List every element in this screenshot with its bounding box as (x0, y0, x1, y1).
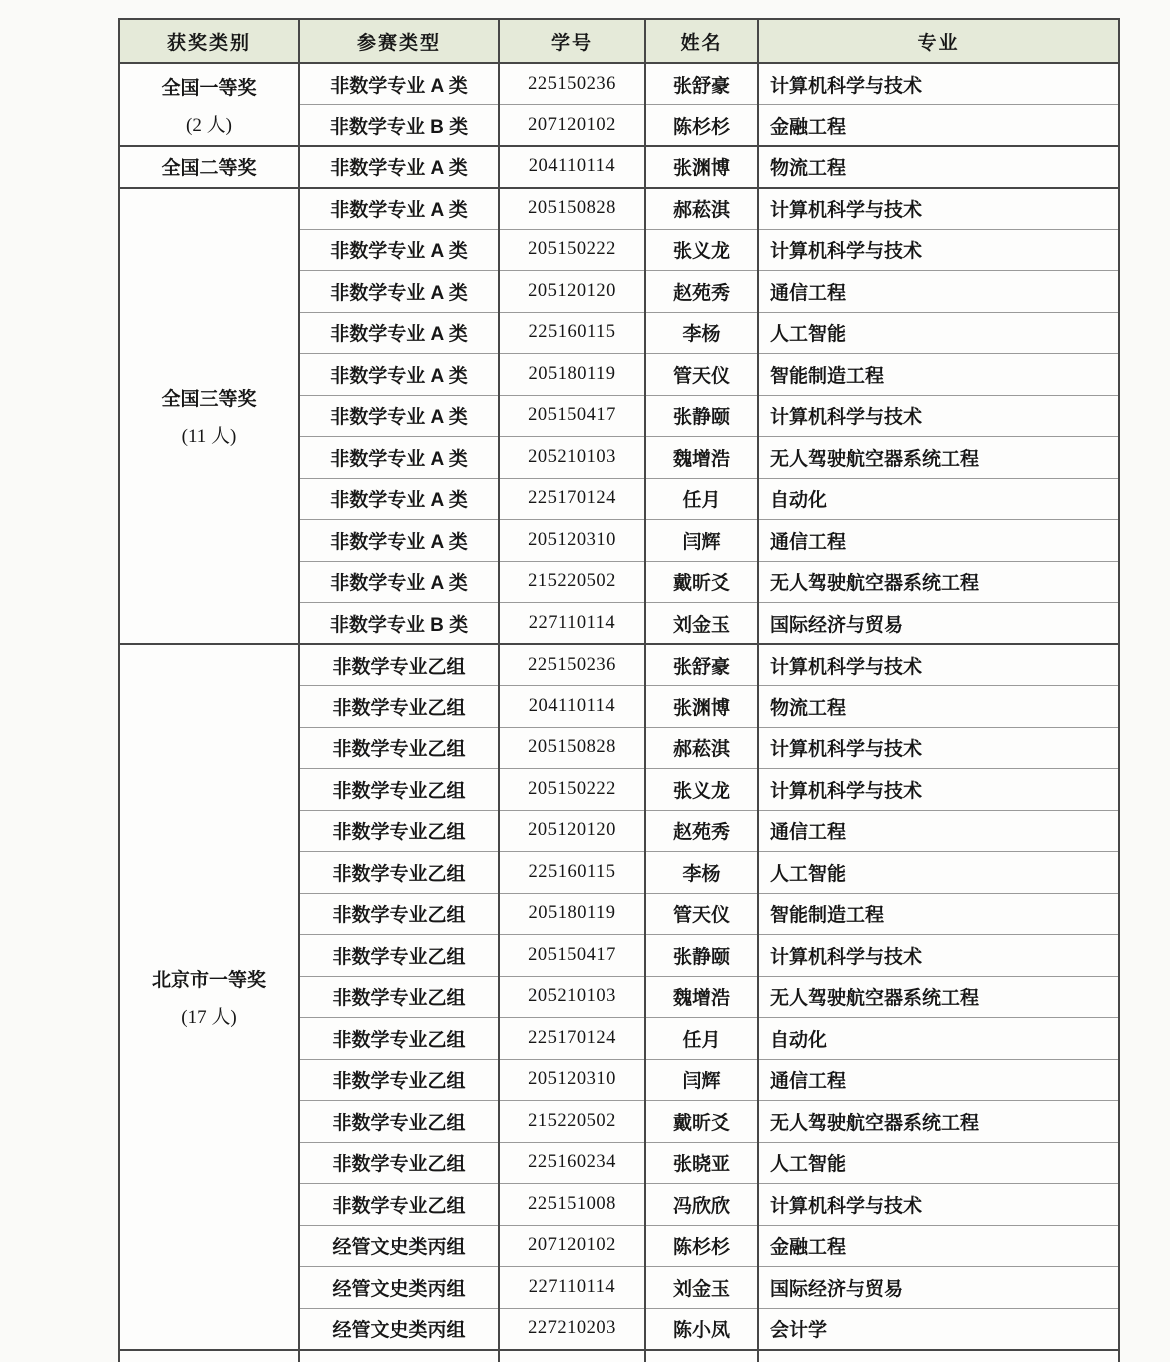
cell-student-id: 205120310 (499, 1059, 645, 1101)
cell-major: 人工智能 (758, 852, 1119, 894)
cell-student-id: 225160234 (499, 1142, 645, 1184)
cell-empty (758, 1350, 1119, 1362)
cell-student-id: 215220502 (499, 1101, 645, 1143)
cell-student-id: 225160115 (499, 312, 645, 354)
cell-name: 李杨 (645, 852, 758, 894)
cell-name: 戴昕爻 (645, 561, 758, 603)
cell-entry-type: 非数学专业乙组 (299, 1142, 499, 1184)
cell-major: 通信工程 (758, 1059, 1119, 1101)
cell-major: 金融工程 (758, 105, 1119, 147)
cell-name: 刘金玉 (645, 1267, 758, 1309)
cell-entry-type: 非数学专业乙组 (299, 1059, 499, 1101)
cell-name: 张舒豪 (645, 644, 758, 686)
cell-entry-type: 非数学专业乙组 (299, 769, 499, 811)
cell-name: 戴昕爻 (645, 1101, 758, 1143)
cell-empty (299, 1350, 499, 1362)
cell-student-id: 227110114 (499, 603, 645, 645)
cell-name: 管天仪 (645, 893, 758, 935)
cell-student-id: 205150222 (499, 769, 645, 811)
cell-student-id: 205120120 (499, 810, 645, 852)
cell-major: 无人驾驶航空器系统工程 (758, 561, 1119, 603)
cell-student-id: 205210103 (499, 437, 645, 479)
cell-student-id: 205150417 (499, 395, 645, 437)
cell-name: 郝菘淇 (645, 727, 758, 769)
cell-entry-type: 非数学专业 A 类 (299, 478, 499, 520)
cell-name: 闫辉 (645, 520, 758, 562)
cell-entry-type: 非数学专业乙组 (299, 810, 499, 852)
cell-name: 张义龙 (645, 229, 758, 271)
cell-major: 计算机科学与技术 (758, 644, 1119, 686)
award-category-count: (2 人) (120, 110, 298, 137)
cell-name: 魏增浩 (645, 437, 758, 479)
award-category-label: 北京市一等奖 (120, 965, 298, 992)
cell-major: 计算机科学与技术 (758, 395, 1119, 437)
cell-name: 冯欣欣 (645, 1184, 758, 1226)
cell-name: 张义龙 (645, 769, 758, 811)
cell-entry-type: 非数学专业乙组 (299, 1101, 499, 1143)
award-category-label: 全国三等奖 (120, 384, 298, 411)
cell-major: 计算机科学与技术 (758, 229, 1119, 271)
cell-major: 人工智能 (758, 1142, 1119, 1184)
cell-entry-type: 非数学专业 A 类 (299, 520, 499, 562)
cell-major: 无人驾驶航空器系统工程 (758, 976, 1119, 1018)
cell-student-id: 225170124 (499, 478, 645, 520)
award-category-cell: 全国一等奖(2 人) (119, 63, 299, 146)
cell-name: 赵苑秀 (645, 271, 758, 313)
awards-table: 获奖类别 参赛类型 学号 姓名 专业 全国一等奖(2 人)非数学专业 A 类22… (118, 18, 1120, 1362)
header-row: 获奖类别 参赛类型 学号 姓名 专业 (119, 19, 1119, 63)
cell-entry-type: 非数学专业 A 类 (299, 561, 499, 603)
cell-entry-type: 非数学专业 A 类 (299, 146, 499, 188)
cell-name: 张渊博 (645, 686, 758, 728)
cell-name: 李杨 (645, 312, 758, 354)
cell-major: 计算机科学与技术 (758, 188, 1119, 230)
cell-entry-type: 非数学专业乙组 (299, 976, 499, 1018)
cell-student-id: 207120102 (499, 1225, 645, 1267)
cell-name: 张静颐 (645, 395, 758, 437)
cell-name: 郝菘淇 (645, 188, 758, 230)
cell-student-id: 225150236 (499, 644, 645, 686)
cell-major: 物流工程 (758, 146, 1119, 188)
cell-entry-type: 非数学专业 A 类 (299, 229, 499, 271)
cell-name: 管天仪 (645, 354, 758, 396)
cell-student-id: 205150417 (499, 935, 645, 977)
cell-major: 智能制造工程 (758, 893, 1119, 935)
cell-entry-type: 非数学专业 A 类 (299, 437, 499, 479)
cell-entry-type: 非数学专业乙组 (299, 1018, 499, 1060)
cell-name: 陈杉杉 (645, 105, 758, 147)
cell-entry-type: 非数学专业 A 类 (299, 63, 499, 105)
cell-entry-type: 非数学专业乙组 (299, 935, 499, 977)
cell-student-id: 225160115 (499, 852, 645, 894)
cell-student-id: 205120310 (499, 520, 645, 562)
cell-student-id: 205210103 (499, 976, 645, 1018)
cell-student-id: 204110114 (499, 686, 645, 728)
cell-major: 无人驾驶航空器系统工程 (758, 437, 1119, 479)
cell-student-id: 205180119 (499, 354, 645, 396)
cell-student-id: 227110114 (499, 1267, 645, 1309)
cell-major: 自动化 (758, 478, 1119, 520)
cell-entry-type: 非数学专业 A 类 (299, 271, 499, 313)
cell-name: 闫辉 (645, 1059, 758, 1101)
award-category-count: (11 人) (120, 421, 298, 448)
cell-major: 国际经济与贸易 (758, 603, 1119, 645)
partial-next-row (119, 1350, 1119, 1362)
cell-empty (645, 1350, 758, 1362)
cell-entry-type: 非数学专业乙组 (299, 686, 499, 728)
cell-name: 张静颐 (645, 935, 758, 977)
cell-student-id: 205180119 (499, 893, 645, 935)
cell-entry-type: 非数学专业 B 类 (299, 603, 499, 645)
col-header-major: 专业 (758, 19, 1119, 63)
cell-name: 赵苑秀 (645, 810, 758, 852)
cell-name: 任月 (645, 1018, 758, 1060)
award-category-cell: 全国二等奖 (119, 146, 299, 188)
cell-student-id: 225151008 (499, 1184, 645, 1226)
cell-entry-type: 经管文史类丙组 (299, 1308, 499, 1350)
cell-entry-type: 非数学专业乙组 (299, 1184, 499, 1226)
cell-name: 任月 (645, 478, 758, 520)
cell-empty (499, 1350, 645, 1362)
cell-major: 通信工程 (758, 271, 1119, 313)
cell-student-id: 225150236 (499, 63, 645, 105)
cell-name: 陈杉杉 (645, 1225, 758, 1267)
cell-student-id: 205120120 (499, 271, 645, 313)
cell-major: 物流工程 (758, 686, 1119, 728)
cell-major: 国际经济与贸易 (758, 1267, 1119, 1309)
cell-entry-type: 非数学专业乙组 (299, 852, 499, 894)
col-header-student-id: 学号 (499, 19, 645, 63)
cell-student-id: 204110114 (499, 146, 645, 188)
cell-student-id: 205150222 (499, 229, 645, 271)
table-row: 全国三等奖(11 人)非数学专业 A 类205150828郝菘淇计算机科学与技术 (119, 188, 1119, 230)
col-header-award-category: 获奖类别 (119, 19, 299, 63)
cell-student-id: 205150828 (499, 727, 645, 769)
cell-student-id: 215220502 (499, 561, 645, 603)
cell-entry-type: 非数学专业乙组 (299, 644, 499, 686)
cell-major: 智能制造工程 (758, 354, 1119, 396)
cell-student-id: 205150828 (499, 188, 645, 230)
col-header-entry-type: 参赛类型 (299, 19, 499, 63)
cell-entry-type: 非数学专业 A 类 (299, 395, 499, 437)
cell-major: 自动化 (758, 1018, 1119, 1060)
cell-major: 通信工程 (758, 520, 1119, 562)
awards-table-body: 全国一等奖(2 人)非数学专业 A 类225150236张舒豪计算机科学与技术非… (119, 63, 1119, 1362)
cell-major: 计算机科学与技术 (758, 935, 1119, 977)
cell-major: 人工智能 (758, 312, 1119, 354)
cell-name: 魏增浩 (645, 976, 758, 1018)
cell-name: 张舒豪 (645, 63, 758, 105)
cell-major: 计算机科学与技术 (758, 1184, 1119, 1226)
cell-major: 计算机科学与技术 (758, 769, 1119, 811)
cell-student-id: 225170124 (499, 1018, 645, 1060)
cell-entry-type: 经管文史类丙组 (299, 1225, 499, 1267)
table-row: 全国二等奖非数学专业 A 类204110114张渊博物流工程 (119, 146, 1119, 188)
cell-major: 通信工程 (758, 810, 1119, 852)
cell-name: 张晓亚 (645, 1142, 758, 1184)
cell-name: 张渊博 (645, 146, 758, 188)
cell-name: 陈小凤 (645, 1308, 758, 1350)
cell-student-id: 207120102 (499, 105, 645, 147)
cell-major: 会计学 (758, 1308, 1119, 1350)
award-category-label: 全国二等奖 (120, 153, 298, 180)
award-category-label: 全国一等奖 (120, 73, 298, 100)
table-row: 全国一等奖(2 人)非数学专业 A 类225150236张舒豪计算机科学与技术 (119, 63, 1119, 105)
award-category-count: (17 人) (120, 1002, 298, 1029)
award-category-cell: 全国三等奖(11 人) (119, 188, 299, 645)
cell-student-id: 227210203 (499, 1308, 645, 1350)
table-row: 北京市一等奖(17 人)非数学专业乙组225150236张舒豪计算机科学与技术 (119, 644, 1119, 686)
cell-empty (119, 1350, 299, 1362)
cell-major: 计算机科学与技术 (758, 63, 1119, 105)
cell-major: 金融工程 (758, 1225, 1119, 1267)
cell-entry-type: 非数学专业 B 类 (299, 105, 499, 147)
col-header-name: 姓名 (645, 19, 758, 63)
cell-entry-type: 非数学专业乙组 (299, 893, 499, 935)
cell-major: 计算机科学与技术 (758, 727, 1119, 769)
cell-name: 刘金玉 (645, 603, 758, 645)
cell-entry-type: 非数学专业乙组 (299, 727, 499, 769)
cell-entry-type: 非数学专业 A 类 (299, 188, 499, 230)
cell-entry-type: 非数学专业 A 类 (299, 354, 499, 396)
cell-entry-type: 非数学专业 A 类 (299, 312, 499, 354)
award-category-cell: 北京市一等奖(17 人) (119, 644, 299, 1350)
cell-major: 无人驾驶航空器系统工程 (758, 1101, 1119, 1143)
cell-entry-type: 经管文史类丙组 (299, 1267, 499, 1309)
